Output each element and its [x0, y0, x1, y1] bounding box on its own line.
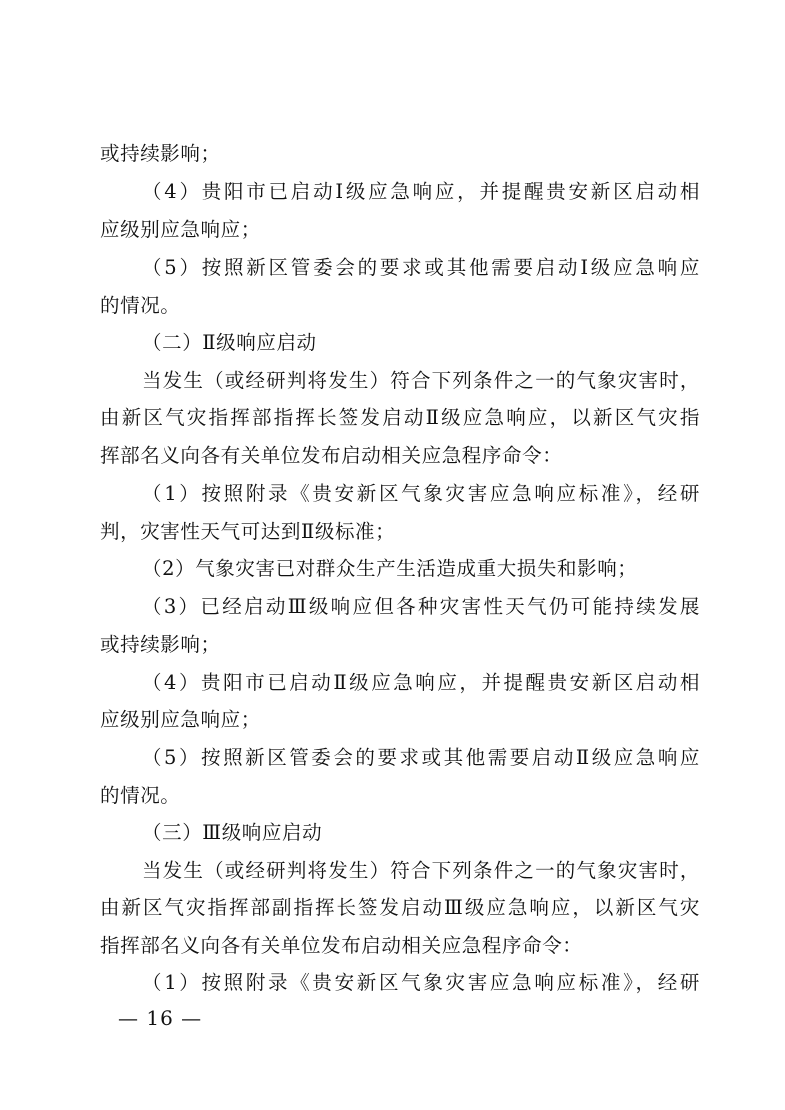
text-line: 指挥部名义向各有关单位发布启动相关应急程序命令：	[100, 934, 700, 958]
text-line: 应级别应急响应；	[100, 218, 700, 242]
text-line: （5）按照新区管委会的要求或其他需要启动Ⅱ级应急响应	[142, 746, 700, 770]
text-line: 应级别应急响应；	[100, 708, 700, 732]
page-number: — 16 —	[118, 1006, 202, 1030]
text-line: （1）按照附录《贵安新区气象灾害应急响应标准》，经研	[142, 971, 700, 995]
text-line: （二）Ⅱ级响应启动	[142, 331, 700, 355]
text-line: 判，灾害性天气可达到Ⅱ级标准；	[100, 520, 700, 544]
text-line: 挥部名义向各有关单位发布启动相关应急程序命令：	[100, 444, 700, 468]
text-line: （3）已经启动Ⅲ级响应但各种灾害性天气仍可能持续发展	[142, 595, 700, 619]
text-line: 或持续影响；	[100, 142, 700, 166]
text-line: 或持续影响；	[100, 633, 700, 657]
text-line: （4）贵阳市已启动Ⅱ级应急响应，并提醒贵安新区启动相	[142, 671, 700, 695]
document-page: 或持续影响；（4）贵阳市已启动Ⅰ级应急响应，并提醒贵安新区启动相应级别应急响应；…	[0, 0, 785, 1110]
text-line: 由新区气灾指挥部副指挥长签发启动Ⅲ级应急响应，以新区气灾	[100, 896, 700, 920]
text-line: 的情况。	[100, 784, 700, 808]
text-line: （4）贵阳市已启动Ⅰ级应急响应，并提醒贵安新区启动相	[142, 180, 700, 204]
text-line: （1）按照附录《贵安新区气象灾害应急响应标准》，经研	[142, 482, 700, 506]
text-line: 的情况。	[100, 294, 700, 318]
text-line: （5）按照新区管委会的要求或其他需要启动Ⅰ级应急响应	[142, 256, 700, 280]
text-line: （三）Ⅲ级响应启动	[142, 821, 700, 845]
text-line: 当发生（或经研判将发生）符合下列条件之一的气象灾害时，	[142, 859, 700, 883]
text-line: 当发生（或经研判将发生）符合下列条件之一的气象灾害时，	[142, 369, 700, 393]
text-line: 由新区气灾指挥部指挥长签发启动Ⅱ级应急响应，以新区气灾指	[100, 406, 700, 430]
text-line: （2）气象灾害已对群众生产生活造成重大损失和影响；	[142, 557, 700, 581]
